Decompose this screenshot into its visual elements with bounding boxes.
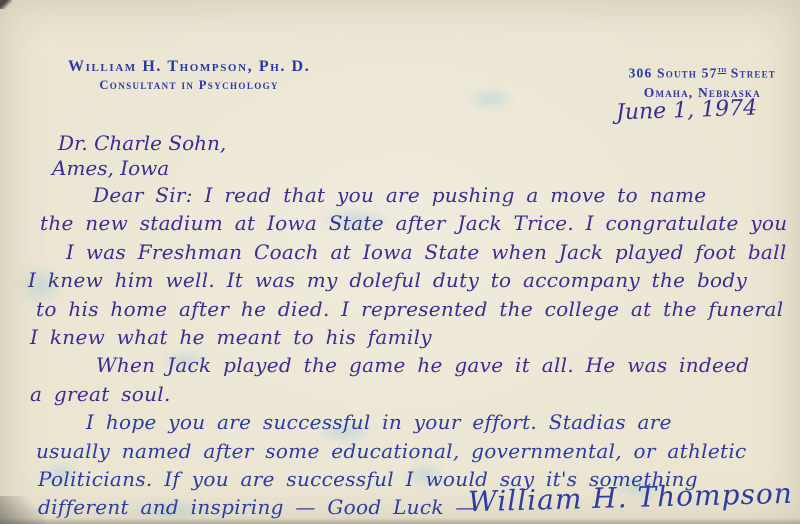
recipient-name: Dr. Charle Sohn, [58, 131, 226, 156]
letter-body: Dear Sir: I read that you are pushing a … [28, 181, 784, 522]
letter-line: a great soul. [30, 380, 784, 408]
scan-corner-mark [0, 0, 12, 9]
letter-page: William H. Thompson, Ph. D. Consultant i… [0, 0, 800, 524]
recipient-city: Ames, Iowa [52, 156, 226, 181]
letter-line: When Jack played the game he gave it all… [96, 351, 784, 379]
letter-line: I knew what he meant to his family [30, 323, 784, 351]
letterhead-title: Consultant in Psychology [68, 78, 310, 93]
letterhead-left: William H. Thompson, Ph. D. Consultant i… [68, 58, 310, 93]
ink-smudge [455, 82, 525, 116]
street-word: Street [726, 66, 776, 81]
letter-line: I was Freshman Coach at Iowa State when … [66, 238, 784, 266]
letterhead-street: 306 South 57th Street [629, 60, 776, 83]
recipient-address: Dr. Charle Sohn, Ames, Iowa [58, 131, 226, 181]
letter-line: I hope you are successful in your effort… [86, 408, 784, 436]
street-number: 306 South 57 [629, 66, 718, 81]
letterhead-name: William H. Thompson, Ph. D. [68, 58, 310, 76]
letter-line: I knew him well. It was my doleful duty … [28, 266, 784, 294]
street-ordinal-suffix: th [718, 65, 727, 74]
letter-line: usually named after some educational, go… [36, 437, 784, 465]
letter-line: Dear Sir: I read that you are pushing a … [93, 181, 784, 209]
letter-line: the new stadium at Iowa State after Jack… [40, 209, 784, 237]
letter-line: to his home after he died. I represented… [36, 295, 784, 323]
date: June 1, 1974 [616, 96, 758, 126]
